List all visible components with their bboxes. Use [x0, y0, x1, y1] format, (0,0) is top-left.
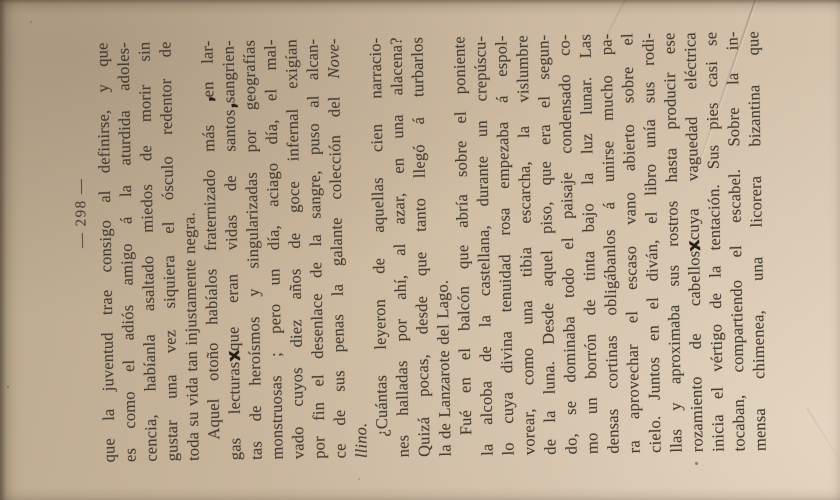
- page-left-edge-shadow: [0, 0, 6, 500]
- scanned-book-page: — 298 — que la juventud trae consigo al …: [0, 0, 840, 500]
- page-top-edge-shadow: [0, 0, 840, 4]
- text-block: que la juventud trae consigo al definirs…: [91, 31, 770, 463]
- page-content: — 298 — que la juventud trae consigo al …: [0, 0, 840, 500]
- page-number: — 298 —: [70, 3, 94, 423]
